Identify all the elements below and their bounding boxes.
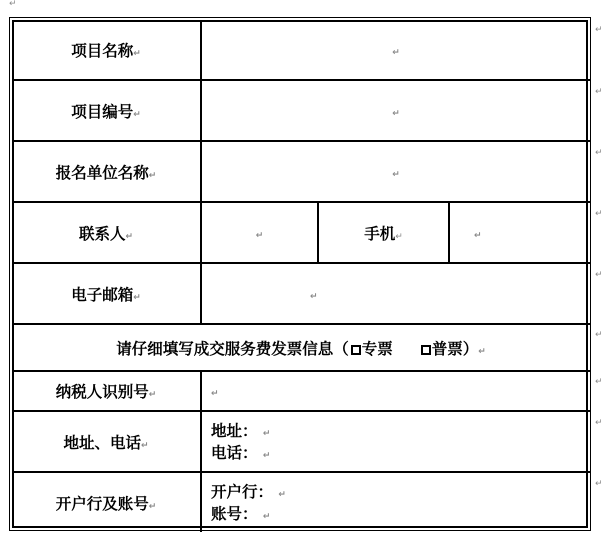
row-end-mark: ↵ <box>595 88 603 97</box>
row-end-mark: ↵ <box>595 331 603 340</box>
paragraph-mark: ↵ <box>9 0 17 9</box>
row-end-mark: ↵ <box>595 210 603 219</box>
row-end-mark: ↵ <box>595 271 603 280</box>
table-inner-border <box>12 20 588 528</box>
row-end-mark: ↵ <box>595 26 603 35</box>
row-end-mark: ↵ <box>595 480 603 489</box>
row-end-mark: ↵ <box>595 378 603 387</box>
row-end-mark: ↵ <box>595 419 603 428</box>
row-end-mark: ↵ <box>595 149 603 158</box>
